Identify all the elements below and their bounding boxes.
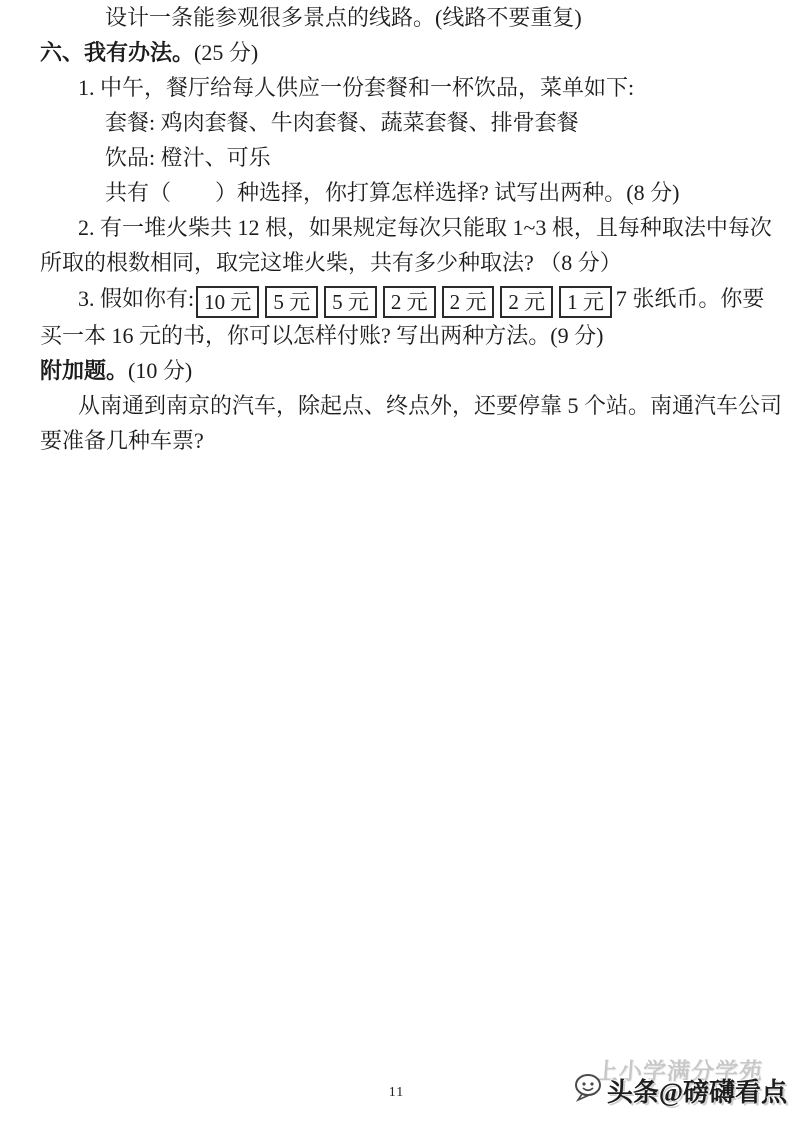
question-3-prefix: 3. 假如你有: (78, 286, 194, 311)
question-3: 3. 假如你有:10 元5 元5 元2 元2 元2 元1 元7 张纸币。你要 买… (40, 280, 757, 353)
banknote-box-1: 10 元 (196, 286, 259, 318)
question-2-line-1: 2. 有一堆火柴共 12 根，如果规定每次只能取 1~3 根，且每种取法中每次 (40, 210, 757, 245)
toutiao-logo-icon (573, 1072, 605, 1112)
section-six-score: (25 分) (194, 40, 258, 65)
banknote-box-7: 1 元 (559, 286, 612, 318)
banknote-box-3: 5 元 (324, 286, 377, 318)
question-1-line-4: 共有（ ）种选择，你打算怎样选择? 试写出两种。(8 分) (40, 175, 757, 210)
bonus-question: 从南通到南京的汽车，除起点、终点外，还要停靠 5 个站。南通汽车公司 要准备几种… (40, 388, 757, 458)
section-six-heading: 六、我有办法。(25 分) (40, 35, 757, 70)
bonus-heading: 附加题。(10 分) (40, 353, 757, 388)
banknote-box-2: 5 元 (265, 286, 318, 318)
watermark-main: 头条@磅礴看点 (573, 1072, 787, 1112)
bonus-score: (10 分) (128, 358, 192, 383)
question-3-line-2: 买一本 16 元的书，你可以怎样付账? 写出两种方法。(9 分) (40, 318, 757, 353)
question-3-suffix: 7 张纸币。你要 (616, 286, 765, 311)
question-2-line-2: 所取的根数相同，取完这堆火柴，共有多少种取法? （8 分） (40, 245, 757, 280)
question-1-line-1: 1. 中午，餐厅给每人供应一份套餐和一杯饮品，菜单如下: (40, 70, 757, 105)
bonus-title: 附加题。 (40, 358, 128, 383)
question-3-line-1: 3. 假如你有:10 元5 元5 元2 元2 元2 元1 元7 张纸币。你要 (40, 280, 757, 318)
banknote-box-5: 2 元 (442, 286, 495, 318)
test-paper-page: 设计一条能参观很多景点的线路。(线路不要重复) 六、我有办法。(25 分) 1.… (0, 0, 793, 1122)
intro-line: 设计一条能参观很多景点的线路。(线路不要重复) (40, 0, 757, 35)
question-1: 1. 中午，餐厅给每人供应一份套餐和一杯饮品，菜单如下: 套餐: 鸡肉套餐、牛肉… (40, 70, 757, 210)
question-2: 2. 有一堆火柴共 12 根，如果规定每次只能取 1~3 根，且每种取法中每次 … (40, 210, 757, 280)
bonus-line-2: 要准备几种车票? (40, 423, 757, 458)
banknote-box-6: 2 元 (500, 286, 553, 318)
bonus-line-1: 从南通到南京的汽车，除起点、终点外，还要停靠 5 个站。南通汽车公司 (40, 388, 757, 423)
watermark-text: 头条@磅礴看点 (607, 1075, 787, 1110)
question-1-line-3: 饮品: 橙汁、可乐 (40, 140, 757, 175)
banknote-box-4: 2 元 (383, 286, 436, 318)
question-1-line-2: 套餐: 鸡肉套餐、牛肉套餐、蔬菜套餐、排骨套餐 (40, 105, 757, 140)
watermark: 上小学满分学苑 头条@磅礴看点 (579, 1056, 789, 1112)
section-six-title: 六、我有办法。 (40, 40, 194, 65)
